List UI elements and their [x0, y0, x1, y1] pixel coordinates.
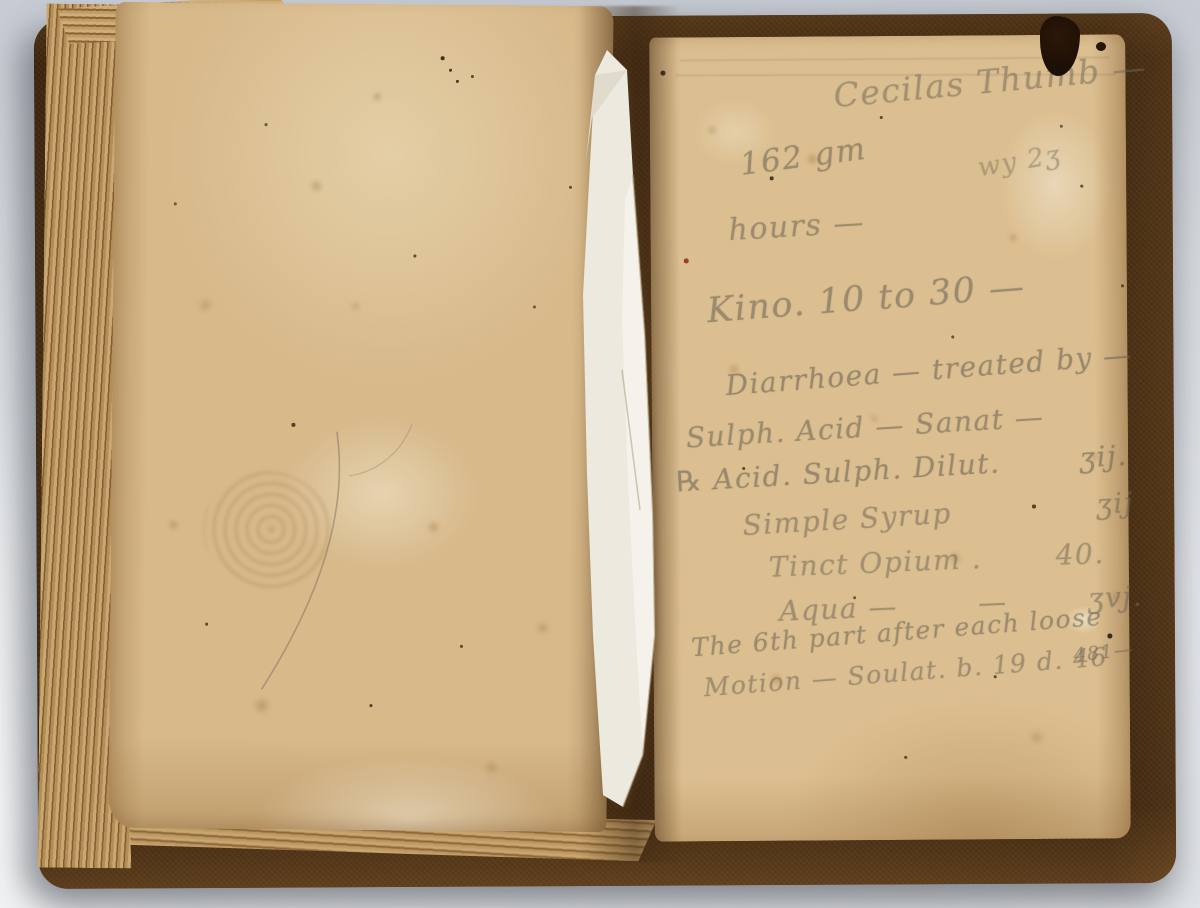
notebook-scan-photo: Cecilas Thumb — 162 gm wy 2ʒ hours — Kin…: [0, 0, 1200, 908]
handwriting-rx-tinct-opium: Tinct Opium . 40.: [768, 537, 1105, 584]
handwriting-hours: hours —: [728, 205, 866, 248]
left-page-blank: [108, 2, 613, 832]
rx-ingredient: Tinct Opium .: [768, 542, 982, 584]
ink-specks-left: [116, 2, 119, 5]
handwriting-weight-aside: wy 2ʒ: [976, 140, 1064, 183]
rx-dose: 40.: [1055, 537, 1105, 572]
rx-ingredient: ℞ Acid. Sulph. Dilut.: [675, 446, 1001, 498]
right-page-notes: Cecilas Thumb — 162 gm wy 2ʒ hours — Kin…: [649, 34, 1131, 841]
tissue-paper-strip: [570, 40, 690, 830]
ink-dot-top: [1096, 42, 1106, 51]
handwriting-kino: Kino. 10 to 30 —: [706, 267, 1027, 331]
pencil-scribble-mark: [108, 2, 613, 832]
rx-dose: ʒij: [1095, 486, 1135, 521]
handwriting-rx-simple-syrup: Simple Syrup ʒij: [742, 486, 1135, 542]
handwriting-diarrhoea: Diarrhoea — treated by —: [724, 338, 1133, 402]
pencil-curve-stroke: [262, 431, 340, 690]
pencil-curve-stroke-2: [349, 424, 411, 477]
rx-ingredient: Simple Syrup: [742, 497, 953, 542]
rx-dose: ʒij.: [1078, 439, 1128, 475]
handwriting-superscript-number: 481—: [1072, 638, 1135, 667]
handwriting-weight: 162 gm: [738, 131, 869, 183]
